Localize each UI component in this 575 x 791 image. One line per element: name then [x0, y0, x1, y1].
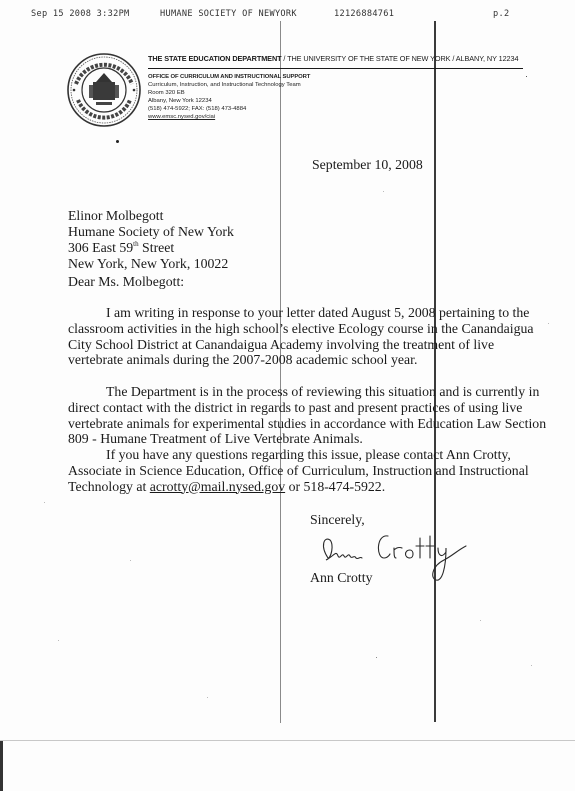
office-name: OFFICE OF CURRICULUM AND INSTRUCTIONAL S… — [148, 73, 310, 81]
contact-email-link[interactable]: acrotty@mail.nysed.gov — [150, 479, 285, 494]
state-seal-icon — [66, 52, 142, 128]
fax-page-number: p.2 — [493, 9, 509, 19]
salutation: Dear Ms. Molbegott: — [68, 274, 184, 290]
page-bottom-edge — [0, 740, 575, 741]
letterhead-office-block: OFFICE OF CURRICULUM AND INSTRUCTIONAL S… — [148, 73, 310, 122]
team-name: Curriculum, Instruction, and Instruction… — [148, 81, 310, 89]
letterhead-department: THE STATE EDUCATION DEPARTMENT / THE UNI… — [148, 54, 518, 63]
recipient-city: New York, New York, 10022 — [68, 256, 234, 272]
office-room: Room 320 EB — [148, 89, 310, 97]
scan-artifact-line — [280, 21, 281, 723]
scan-edge-shadow — [0, 741, 3, 791]
office-website-link[interactable]: www.emsc.nysed.gov/ciai — [148, 113, 310, 121]
body-paragraph-3: If you have any questions regarding this… — [68, 447, 538, 494]
fax-timestamp: Sep 15 2008 3:32PM — [31, 9, 130, 19]
letter-date: September 10, 2008 — [312, 157, 423, 173]
department-address: / THE UNIVERSITY OF THE STATE OF NEW YOR… — [281, 54, 518, 63]
office-city: Albany, New York 12234 — [148, 97, 310, 105]
office-phone-fax: (518) 474-5922; FAX: (518) 473-4884 — [148, 105, 310, 113]
recipient-name: Elinor Molbegott — [68, 208, 234, 224]
department-name: THE STATE EDUCATION DEPARTMENT — [148, 54, 281, 63]
recipient-address: Elinor Molbegott Humane Society of New Y… — [68, 208, 234, 272]
recipient-organization: Humane Society of New York — [68, 224, 234, 240]
fax-phone: 12126884761 — [334, 9, 394, 19]
body-paragraph-1: I am writing in response to your letter … — [68, 305, 538, 368]
speck — [116, 140, 119, 143]
closing: Sincerely, — [310, 512, 365, 528]
letterhead-rule — [148, 68, 523, 69]
recipient-street: 306 East 59th Street — [68, 240, 234, 256]
scan-artifact-line-dark — [434, 21, 436, 722]
body-paragraph-2: The Department is in the process of revi… — [68, 384, 538, 447]
fax-sender: HUMANE SOCIETY OF NEWYORK — [160, 9, 297, 19]
signer-name: Ann Crotty — [310, 570, 372, 586]
